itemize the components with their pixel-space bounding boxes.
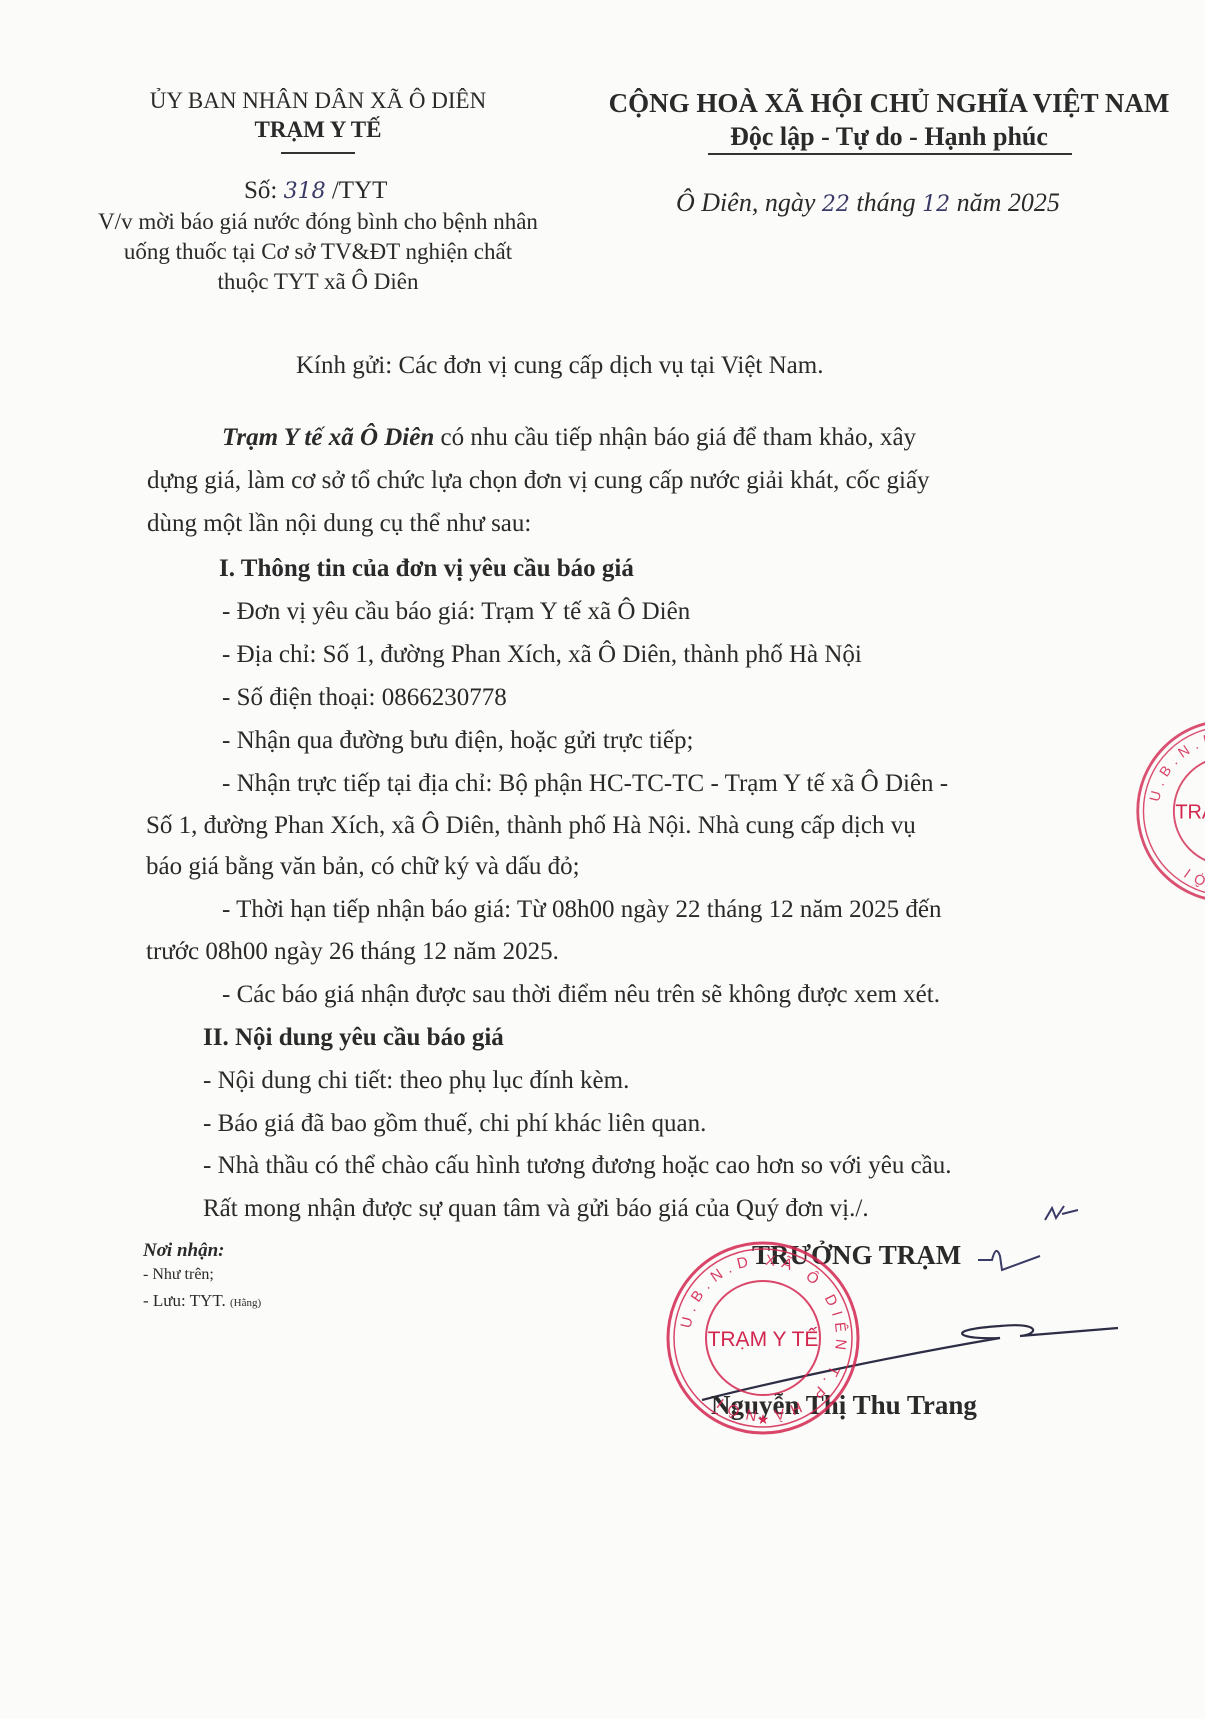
- recipient-item: - Như trên;: [143, 1266, 214, 1284]
- recipient-item: - Lưu: TYT. (Hằng): [143, 1291, 261, 1311]
- section-2-item: - Nội dung chi tiết: theo phụ lục đính k…: [203, 1067, 629, 1095]
- section-1-item: - Các báo giá nhận được sau thời điểm nê…: [222, 981, 940, 1009]
- section-1-item-cont: trước 08h00 ngày 26 tháng 12 năm 2025.: [146, 938, 559, 966]
- signature-tick-icon: [978, 1238, 1068, 1278]
- motto-underline: [708, 153, 1072, 155]
- agency-name: TRẠM Y TẾ: [255, 117, 382, 143]
- section-1-item: - Thời hạn tiếp nhận báo giá: Từ 08h00 n…: [222, 896, 941, 924]
- recipient-initials: (Hằng): [230, 1297, 261, 1309]
- motto: Độc lập - Tự do - Hạnh phúc: [730, 122, 1048, 152]
- section-1-item-cont: báo giá bằng văn bản, có chữ ký và dấu đ…: [146, 853, 580, 881]
- country-name: CỘNG HOÀ XÃ HỘI CHỦ NGHĨA VIỆT NAM: [609, 88, 1170, 119]
- doc-number-prefix: Số:: [244, 177, 277, 204]
- intro-line-1-rest: có nhu cầu tiếp nhận báo giá để tham khả…: [434, 424, 916, 451]
- section-1-item: - Số điện thoại: 0866230778: [222, 684, 507, 712]
- intro-line-1: Trạm Y tế xã Ô Diên có nhu cầu tiếp nhận…: [222, 424, 916, 452]
- agency-parent: ỦY BAN NHÂN DÂN XÃ Ô DIÊN: [150, 88, 486, 114]
- doc-number-handwritten: 318: [284, 179, 326, 204]
- subject-line: uống thuốc tại Cơ sở TV&ĐT nghiện chất: [98, 237, 538, 267]
- intro-line-2: dựng giá, làm cơ sở tổ chức lựa chọn đơn…: [147, 467, 930, 495]
- intro-line-3: dùng một lần nội dung cụ thể như sau:: [147, 510, 531, 538]
- date-place: Ô Diên, ngày: [676, 188, 815, 217]
- date-line: Ô Diên, ngày 22 tháng 12 năm 2025: [676, 188, 1060, 218]
- section-2-item: - Báo giá đã bao gồm thuế, chi phí khác …: [203, 1110, 706, 1138]
- section-1-item: - Nhận qua đường bưu điện, hoặc gửi trực…: [222, 727, 693, 755]
- date-month-label: tháng: [856, 188, 915, 217]
- salutation: Kính gửi: Các đơn vị cung cấp dịch vụ tạ…: [296, 352, 823, 380]
- subject-line: thuộc TYT xã Ô Diên: [98, 267, 538, 297]
- intro-emphasis: Trạm Y tế xã Ô Diên: [222, 424, 434, 451]
- recipients-title: Nơi nhận:: [143, 1240, 224, 1262]
- recipient-item-text: - Lưu: TYT.: [143, 1291, 226, 1310]
- official-stamp: U.B.N.D XÃ Ô DIÊN T.P HÀ NỘI TRẠM Y TẾ ★: [663, 1238, 863, 1438]
- section-1-title: I. Thông tin của đơn vị yêu cầu báo giá: [219, 555, 634, 583]
- closing: Rất mong nhận được sự quan tâm và gửi bá…: [203, 1195, 869, 1223]
- partial-stamp-center-text: TRẠM Y TẾ: [1175, 801, 1205, 824]
- section-1-item: - Đơn vị yêu cầu báo giá: Trạm Y tế xã Ô…: [222, 598, 690, 626]
- section-1-item: - Địa chỉ: Số 1, đường Phan Xích, xã Ô D…: [222, 641, 862, 669]
- section-1-item: - Nhận trực tiếp tại địa chỉ: Bộ phận HC…: [222, 770, 948, 798]
- date-day: 22: [822, 192, 850, 217]
- section-2-item: - Nhà thầu có thể chào cấu hình tương đư…: [203, 1152, 952, 1180]
- doc-number-suffix: /TYT: [332, 177, 388, 204]
- agency-underline: [281, 152, 355, 154]
- section-1-item-cont: Số 1, đường Phan Xích, xã Ô Diên, thành …: [146, 812, 916, 840]
- date-month: 12: [922, 192, 950, 217]
- stamp-center-text: TRẠM Y TẾ: [708, 1328, 819, 1351]
- subject: V/v mời báo giá nước đóng bình cho bệnh …: [98, 207, 538, 297]
- date-year: năm 2025: [957, 188, 1060, 217]
- partial-stamp: U.B.N.D XÃ Ô DIÊN T.P HÀ NỘI TRẠM Y TẾ: [1133, 716, 1205, 906]
- subject-line: V/v mời báo giá nước đóng bình cho bệnh …: [98, 207, 538, 237]
- section-2-title: II. Nội dung yêu cầu báo giá: [203, 1024, 504, 1052]
- svg-text:★: ★: [757, 1413, 770, 1428]
- initial-mark-icon: [1042, 1200, 1082, 1226]
- doc-number: Số: 318 /TYT: [244, 177, 387, 205]
